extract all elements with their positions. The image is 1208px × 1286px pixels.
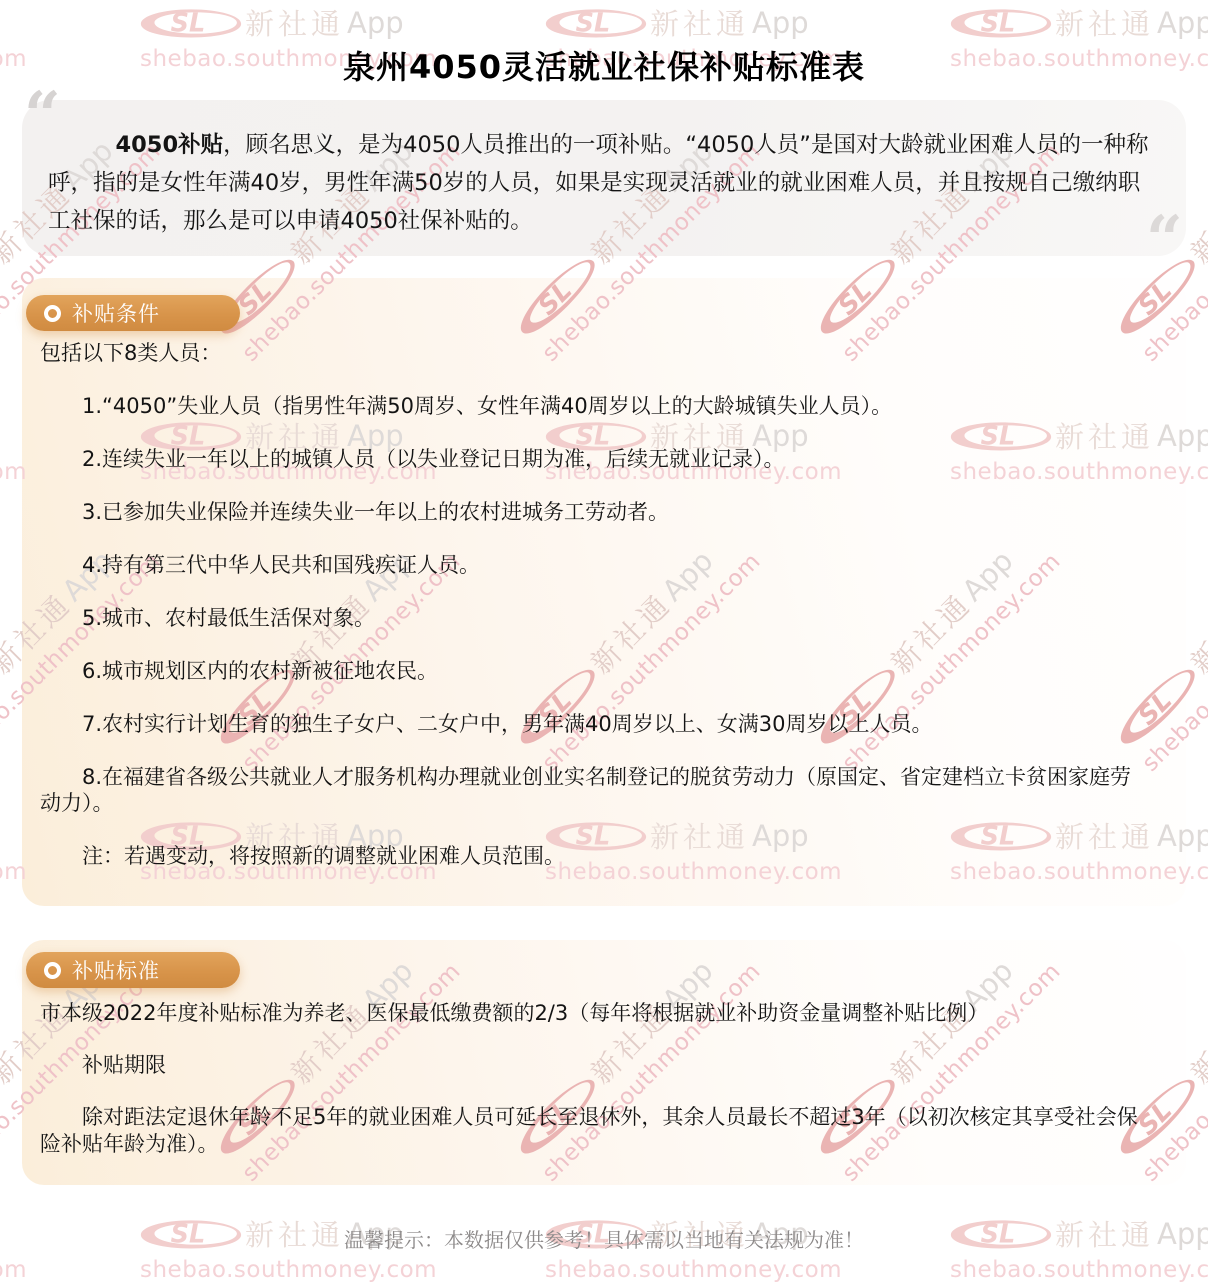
condition-item: 7.农村实行计划生育的独生子女户、二女户中，男年满40周岁以上、女满30周岁以上… <box>40 711 1146 737</box>
watermark-brand-suffix: App <box>347 6 404 40</box>
brand-swoosh-logo-icon: SL <box>0 659 3 752</box>
watermark-url-text: shebao.southmoney.com <box>0 459 22 485</box>
section-standard: 补贴标准 市本级2022年度补贴标准为养老、医保最低缴费额的2/3（每年将根据就… <box>22 940 1186 1185</box>
open-quote-icon: “ <box>24 84 61 148</box>
condition-item: 5.城市、农村最低生活保对象。 <box>40 605 1146 631</box>
conditions-note: 注：若遇变动，将按照新的调整就业困难人员范围。 <box>40 843 1146 869</box>
svg-text:SL: SL <box>981 8 1016 37</box>
standard-term-paragraph: 除对距法定退休年龄不足5年的就业困难人员可延长至退休外，其余人员最长不超过3年（… <box>40 1104 1146 1158</box>
watermark-url-text: shebao.southmoney.com <box>140 1257 432 1283</box>
watermark-url-text: shebao.southmoney.com <box>0 1257 22 1283</box>
watermark-brand-suffix: App <box>752 6 809 40</box>
brand-swoosh-logo-icon: SL <box>950 8 1052 38</box>
close-quote-icon: “ <box>1146 208 1183 272</box>
standard-content: 市本级2022年度补贴标准为养老、医保最低缴费额的2/3（每年将根据就业补助资金… <box>22 940 1186 1158</box>
brand-swoosh-logo-icon: SL <box>0 249 3 342</box>
brand-swoosh-logo-icon: SL <box>545 8 647 38</box>
page-title: 泉州4050灵活就业社保补贴标准表 <box>0 47 1208 87</box>
condition-item: 3.已参加失业保险并连续失业一年以上的农村进城务工劳动者。 <box>40 499 1146 525</box>
watermark-url-text: shebao.southmoney.com <box>545 1257 837 1283</box>
intro-paragraph: 4050补贴，顾名思义，是为4050人员推出的一项补贴。“4050人员”是国对大… <box>22 100 1186 240</box>
intro-lead-bold: 4050补贴 <box>116 132 224 158</box>
watermark-brand-suffix: App <box>1157 6 1208 40</box>
brand-swoosh-logo-icon: SL <box>0 1069 3 1162</box>
svg-text:SL: SL <box>576 8 611 37</box>
section-conditions: 补贴条件 包括以下8类人员： 1.“4050”失业人员（指男性年满50周岁、女性… <box>22 278 1186 906</box>
watermark-url-text: shebao.southmoney.com <box>0 859 22 885</box>
conditions-lead: 包括以下8类人员： <box>40 340 1146 366</box>
watermark-horizontal: SL新社通Appshebao.southmoney.com <box>0 415 22 485</box>
watermark-horizontal: SL新社通Appshebao.southmoney.com <box>0 815 22 885</box>
watermark-brand-text: 新社通 <box>650 2 749 43</box>
svg-text:SL: SL <box>171 8 206 37</box>
standard-rate-paragraph: 市本级2022年度补贴标准为养老、医保最低缴费额的2/3（每年将根据就业补助资金… <box>40 1000 1146 1027</box>
standard-term-title: 补贴期限 <box>40 1052 1146 1079</box>
brand-swoosh-logo-icon: SL <box>140 8 242 38</box>
watermark-brand-text: 新社通 <box>1055 2 1154 43</box>
document-page: SL新社通Appshebao.southmoney.comSL新社通Appshe… <box>0 0 1208 1286</box>
condition-item: 6.城市规划区内的农村新被征地农民。 <box>40 658 1146 684</box>
condition-item: 4.持有第三代中华人民共和国残疾证人员。 <box>40 552 1146 578</box>
footer-notice: 温馨提示：本数据仅供参考！具体需以当地有关法规为准！ <box>0 1224 1208 1253</box>
watermark-brand-text: 新社通 <box>245 2 344 43</box>
condition-item: 8.在福建省各级公共就业人才服务机构办理就业创业实名制登记的脱贫劳动力（原国定、… <box>40 764 1146 816</box>
conditions-content: 包括以下8类人员： 1.“4050”失业人员（指男性年满50周岁、女性年满40周… <box>22 278 1186 869</box>
intro-quote-box: 4050补贴，顾名思义，是为4050人员推出的一项补贴。“4050人员”是国对大… <box>22 100 1186 256</box>
condition-item: 1.“4050”失业人员（指男性年满50周岁、女性年满40周岁以上的大龄城镇失业… <box>40 393 1146 419</box>
watermark-url-text: shebao.southmoney.com <box>950 1257 1208 1283</box>
condition-item: 2.连续失业一年以上的城镇人员（以失业登记日期为准，后续无就业记录）。 <box>40 446 1146 472</box>
